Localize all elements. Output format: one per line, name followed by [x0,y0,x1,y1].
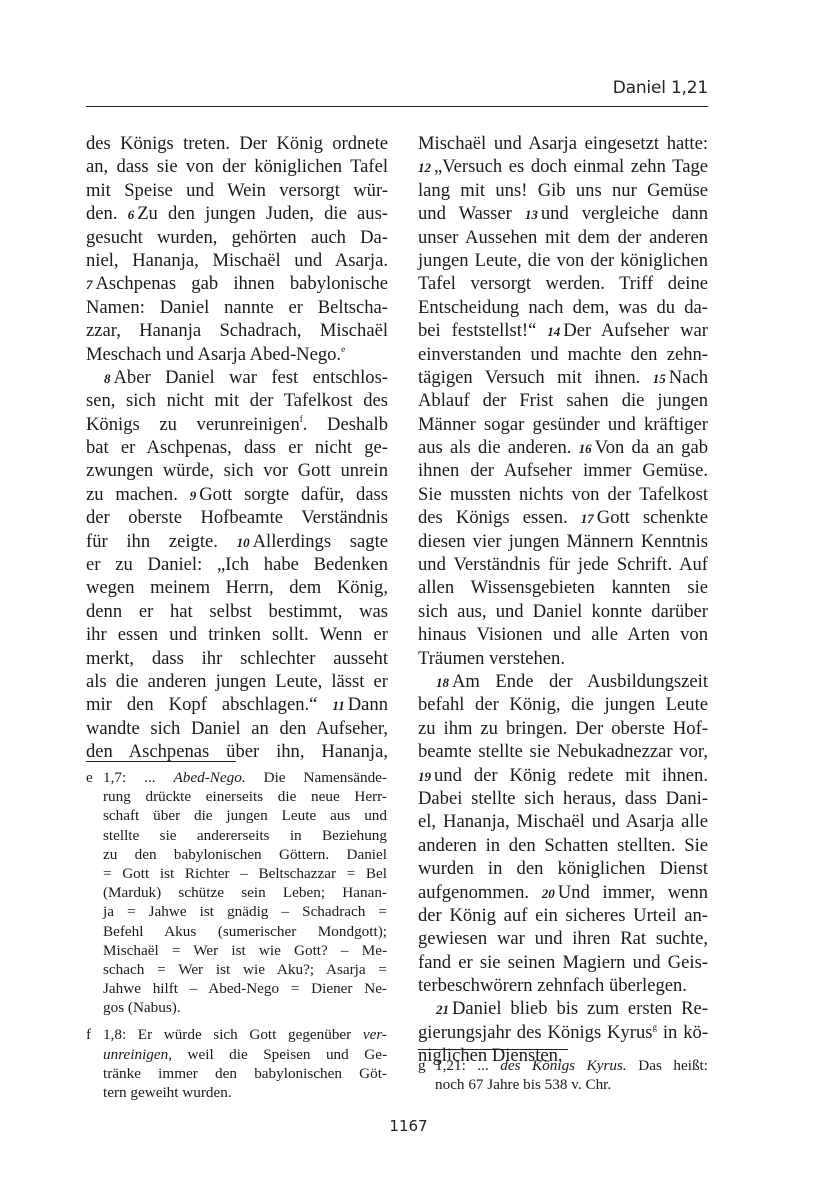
footnote-line: Befehl Akus (sumerischer Mondgott); [86,922,387,941]
verse-number: 6 [128,207,135,222]
text-line: sen, sich nicht mit der Tafelkost des [86,389,388,412]
footnote-line: schach = Wer ist wie Aku?; Asarja = [86,960,387,979]
text-line: Mischaël und Asarja eingesetzt hatte: [418,132,708,155]
line-text: jungen Leute, die von der königlichen [418,250,708,271]
footnote-text: zu den babylonischen Göttern. Daniel [103,846,387,863]
line-text: bat er Aschpenas, dass er nicht ge- [86,437,388,458]
text-line: den. 6Zu den jungen Juden, die aus- [86,202,388,225]
verse-number: 10 [237,535,250,550]
text-line: des Königs treten. Der König ordnete [86,132,388,155]
line-text: Tafel versorgt werden. Triff deine [418,273,708,294]
text-line: Königs zu verunreinigenf. Deshalb [86,413,388,436]
verse-number: 16 [579,441,592,456]
footnote-line: unreinigen, weil die Speisen und Ge- [86,1045,387,1064]
line-text: merkt, dass ihr schlechter ausseht [86,648,388,669]
verse-number: 9 [190,488,197,503]
footnote-line: Mischaël = Wer ist wie Gott? – Me- [86,941,387,960]
text-line: des Königs essen. 17Gott schenkte [418,506,708,529]
line-text-after: Aber Daniel war fest entschlos- [114,367,389,388]
line-text-after: Daniel blieb bis zum ersten Re- [452,998,708,1019]
footnote-text: Befehl Akus (sumerischer Mondgott); [103,923,387,940]
line-text: anderen in den Schatten stellten. Sie [418,835,708,856]
footnote-marker: e [341,344,345,354]
running-head: Daniel 1,21 [613,78,708,98]
text-line: aus als die anderen. 16Von da an gab [418,436,708,459]
page-number: 1167 [0,1117,817,1135]
footnote-line: (Marduk) schütze sein Leben; Hanan- [86,883,387,902]
verse-number: 15 [653,371,666,386]
text-line: für ihn zeigte. 10Allerdings sagte [86,530,388,553]
footnote-italic: Abed-Nego. [174,769,246,786]
line-text: gierungsjahr des Königs Kyrus [418,1022,653,1043]
text-line: befahl der König, die jungen Leute [418,693,708,716]
text-line: Entscheidung nach dem, was du da- [418,296,708,319]
footnote-text-after: Das heißt: [627,1057,708,1074]
line-text: zu machen. [86,484,190,505]
footnote-line: noch 67 Jahre bis 538 v. Chr. [418,1075,708,1094]
text-line: Sie mussten nichts von der Tafelkost [418,483,708,506]
footnote-text: stellte sie andererseits in Beziehung [103,827,387,844]
footnotes-right: g1,21: ... des Königs Kyrus. Das heißt:n… [418,1056,708,1102]
line-text: Königs zu verunreinigen [86,414,300,435]
text-line: zu ihm zu bringen. Der oberste Hof- [418,717,708,740]
line-text: sen, sich nicht mit der Tafelkost des [86,390,388,411]
line-text: lang mit uns! Gib uns nur Gemüse [418,180,708,201]
line-text-after: Dann [348,694,388,715]
footnote-line: = Gott ist Richter – Beltschazzar = Bel [86,864,387,883]
verse-number: 17 [581,511,594,526]
text-line: fand er sie seinen Magiern und Geis- [418,951,708,974]
footnote-text: noch 67 Jahre bis 538 v. Chr. [435,1076,611,1093]
footnote: f1,8: Er würde sich Gott gegenüber ver-u… [86,1025,387,1102]
text-line: der oberste Hofbeamte Verständnis [86,506,388,529]
footnote-text: tränke immer den babylonischen Göt- [103,1065,387,1082]
text-line: terbeschwörern zehnfach überlegen. [418,974,708,997]
text-line: und Verständnis für jede Schrift. Auf [418,553,708,576]
text-line: bat er Aschpenas, dass er nicht ge- [86,436,388,459]
line-text: aufgenommen. [418,882,542,903]
line-text: zzar, Hananja Schadrach, Mischaël [86,320,388,341]
line-text: gesucht wurden, gehörten auch Da- [86,227,388,248]
text-line: er zu Daniel: „Ich habe Bedenken [86,553,388,576]
text-line: anderen in den Schatten stellten. Sie [418,834,708,857]
text-line: hinaus Visionen und alle Arten von [418,623,708,646]
line-text: den Aschpenas über ihn, Hananja, [86,741,388,762]
line-text: der König auf ein sicheres Urteil an- [418,905,708,926]
line-text: des Königs treten. Der König ordnete [86,133,388,154]
text-line: wurden in den königlichen Dienst [418,857,708,880]
text-line: tägigen Versuch mit ihnen. 15Nach [418,366,708,389]
footnote-text: tern geweiht wurden. [103,1084,232,1101]
footnote-text: 1,7: ... [103,769,174,786]
line-text: Meschach und Asarja Abed-Nego. [86,344,341,365]
footnote-text: schaft über die jungen Leute aus und [103,807,387,824]
line-text: diesen vier jungen Männern Kenntnis [418,531,708,552]
text-line: 12„Versuch es doch einmal zehn Tage [418,155,708,178]
verse-number: 19 [418,769,431,784]
line-text-after: in kö- [657,1022,708,1043]
verse-number: 12 [418,160,431,175]
verse-number: 20 [542,886,555,901]
line-text: als die anderen jungen Leute, lässt er [86,671,388,692]
footnote-text-after: , weil die Speisen und Ge- [168,1046,387,1063]
text-line: an, dass sie von der königlichen Tafel [86,155,388,178]
line-text: beamte stellte sie Nebukadnezzar vor, [418,741,708,762]
text-line: sich aus, und Daniel konnte darüber [418,600,708,623]
line-text: gewiesen war und ihren Rat suchte, [418,928,708,949]
line-text: zwungen würde, sich vor Gott unrein [86,460,388,481]
line-text-after: Der Aufseher war [563,320,708,341]
text-line: einverstanden und machte den zehn- [418,343,708,366]
footnote-text: 1,8: Er würde sich Gott gegenüber [103,1026,363,1043]
text-line: 19und der König redete mit ihnen. [418,764,708,787]
line-text-after: Aschpenas gab ihnen babylonische [96,273,389,294]
footnote-letter: e [86,768,93,787]
line-text: bei feststellst!“ [418,320,547,341]
verse-number: 13 [525,207,538,222]
line-text-after: und vergleiche dann [541,203,708,224]
verse-number: 21 [436,1002,449,1017]
footnote-text: schach = Wer ist wie Aku?; Asarja = [103,961,387,978]
text-line: aufgenommen. 20Und immer, wenn [418,881,708,904]
footnote-line: ja = Jahwe ist gnädig – Schadrach = [86,902,387,921]
line-text: der oberste Hofbeamte Verständnis [86,507,388,528]
text-line: Namen: Daniel nannte er Beltscha- [86,296,388,319]
text-line: wegen meinem Herrn, dem König, [86,576,388,599]
line-text: und Verständnis für jede Schrift. Auf [418,554,708,575]
text-line: el, Hananja, Mischaël und Asarja alle [418,810,708,833]
text-line: zu machen. 9Gott sorgte dafür, dass [86,483,388,506]
line-text: Entscheidung nach dem, was du da- [418,297,708,318]
line-text: befahl der König, die jungen Leute [418,694,708,715]
footnote-line: zu den babylonischen Göttern. Daniel [86,845,387,864]
footnote-text: gos (Nabus). [103,999,181,1016]
text-line: ihr essen und trinken sollt. Wenn er [86,623,388,646]
line-text: den. [86,203,128,224]
line-text: Sie mussten nichts von der Tafelkost [418,484,708,505]
line-text: aus als die anderen. [418,437,579,458]
text-line: 21Daniel blieb bis zum ersten Re- [418,997,708,1020]
text-line: mit Speise und Wein versorgt wür- [86,179,388,202]
line-text-after: Gott sorgte dafür, dass [199,484,388,505]
line-text: allen Wissensgebieten kannten sie [418,577,708,598]
line-text-after: „Versuch es doch einmal zehn Tage [434,156,708,177]
text-line: als die anderen jungen Leute, lässt er [86,670,388,693]
line-text: für ihn zeigte. [86,531,237,552]
footnote-line: schaft über die jungen Leute aus und [86,806,387,825]
line-text: unser Aussehen mit dem der anderen [418,227,708,248]
line-text-after: und der König redete mit ihnen. [434,765,708,786]
text-line: niel, Hananja, Mischaël und Asarja. [86,249,388,272]
line-text: mit Speise und Wein versorgt wür- [86,180,388,201]
footnote: e1,7: ... Abed-Nego. Die Namensände-rung… [86,768,387,1017]
line-text-after: Und immer, wenn [558,882,708,903]
line-text: zu ihm zu bringen. Der oberste Hof- [418,718,708,739]
footnote-text: Jahwe hilft – Abed-Nego = Diener Ne- [103,980,387,997]
text-line: zzar, Hananja Schadrach, Mischaël [86,319,388,342]
line-text: denn er hat selbst bestimmt, was [86,601,388,622]
text-line: denn er hat selbst bestimmt, was [86,600,388,623]
verse-number: 7 [86,277,93,292]
footnote-rule-right [418,1049,568,1050]
line-text: Mischaël und Asarja eingesetzt hatte: [418,133,708,154]
line-text: niel, Hananja, Mischaël und Asarja. [86,250,388,271]
text-line: ihnen der Aufseher immer Gemüse. [418,459,708,482]
verse-number: 11 [332,698,344,713]
line-text: terbeschwörern zehnfach überlegen. [418,975,687,996]
text-line: zwungen würde, sich vor Gott unrein [86,459,388,482]
line-text: ihr essen und trinken sollt. Wenn er [86,624,388,645]
text-line: Dabei stellte sich heraus, dass Dani- [418,787,708,810]
footnote: g1,21: ... des Königs Kyrus. Das heißt:n… [418,1056,708,1094]
line-text: Namen: Daniel nannte er Beltscha- [86,297,388,318]
footnote-line: stellte sie andererseits in Beziehung [86,826,387,845]
line-text-after: Allerdings sagte [253,531,388,552]
line-text-after: Von da an gab [595,437,708,458]
text-line: merkt, dass ihr schlechter ausseht [86,647,388,670]
text-line: lang mit uns! Gib uns nur Gemüse [418,179,708,202]
footnote-line: tränke immer den babylonischen Göt- [86,1064,387,1083]
footnote-rule-left [86,761,236,762]
footnote-italic: des Königs Kyrus. [500,1057,626,1074]
line-text-after: Zu den jungen Juden, die aus- [137,203,388,224]
line-text: Männer sogar gesünder und kräftiger [418,414,708,435]
text-line: bei feststellst!“ 14Der Aufseher war [418,319,708,342]
line-text-after: Am Ende der Ausbildungszeit [452,671,708,692]
line-text: hinaus Visionen und alle Arten von [418,624,708,645]
line-text: einverstanden und machte den zehn- [418,344,708,365]
line-text: des Königs essen. [418,507,581,528]
header-rule [86,106,708,107]
line-text-after: . Deshalb [303,414,388,435]
text-line: 7Aschpenas gab ihnen babylonische [86,272,388,295]
verse-number: 14 [547,324,560,339]
footnote-line: 1,8: Er würde sich Gott gegenüber ver- [86,1025,387,1044]
text-line: gewiesen war und ihren Rat suchte, [418,927,708,950]
footnote-letter: f [86,1025,91,1044]
footnote-text: Mischaël = Wer ist wie Gott? – Me- [103,942,387,959]
footnote-italic: ver- [363,1026,387,1043]
footnotes-left: e1,7: ... Abed-Nego. Die Namensände-rung… [86,768,387,1110]
footnote-line: 1,21: ... des Königs Kyrus. Das heißt: [418,1056,708,1075]
line-text: wurden in den königlichen Dienst [418,858,708,879]
verse-number: 8 [104,371,111,386]
text-line: wandte sich Daniel an den Aufseher, [86,717,388,740]
text-line: Träumen verstehen. [418,647,708,670]
text-line: Männer sogar gesünder und kräftiger [418,413,708,436]
footnote-text: (Marduk) schütze sein Leben; Hanan- [103,884,387,901]
footnote-text: rung drückte einerseits die neue Herr- [103,788,387,805]
line-text-after: Gott schenkte [597,507,708,528]
line-text: Träumen verstehen. [418,648,565,669]
footnote-line: 1,7: ... Abed-Nego. Die Namensände- [86,768,387,787]
text-line: 18Am Ende der Ausbildungszeit [418,670,708,693]
line-text: er zu Daniel: „Ich habe Bedenken [86,554,388,575]
text-line: und Wasser 13und vergleiche dann [418,202,708,225]
text-line: gierungsjahr des Königs Kyrusg in kö- [418,1021,708,1044]
text-line: gesucht wurden, gehörten auch Da- [86,226,388,249]
line-text: el, Hananja, Mischaël und Asarja alle [418,811,708,832]
line-text: mir den Kopf abschlagen.“ [86,694,332,715]
line-text: Ablauf der Frist sahen die jungen [418,390,708,411]
line-text: wandte sich Daniel an den Aufseher, [86,718,388,739]
footnote-letter: g [418,1056,426,1075]
text-line: Meschach und Asarja Abed-Nego.e [86,343,388,366]
text-line: unser Aussehen mit dem der anderen [418,226,708,249]
line-text: sich aus, und Daniel konnte darüber [418,601,708,622]
text-line: Tafel versorgt werden. Triff deine [418,272,708,295]
text-line: beamte stellte sie Nebukadnezzar vor, [418,740,708,763]
right-column: Mischaël und Asarja eingesetzt hatte:12„… [418,132,708,1068]
line-text: wegen meinem Herrn, dem König, [86,577,388,598]
line-text: und Wasser [418,203,525,224]
line-text: an, dass sie von der königlichen Tafel [86,156,388,177]
text-line: mir den Kopf abschlagen.“ 11Dann [86,693,388,716]
line-text: tägigen Versuch mit ihnen. [418,367,653,388]
footnote-text-after: Die Namensände- [246,769,387,786]
text-line: Ablauf der Frist sahen die jungen [418,389,708,412]
footnote-line: gos (Nabus). [86,998,387,1017]
text-line: 8Aber Daniel war fest entschlos- [86,366,388,389]
line-text: Dabei stellte sich heraus, dass Dani- [418,788,708,809]
footnote-text: ja = Jahwe ist gnädig – Schadrach = [103,903,387,920]
footnote-line: Jahwe hilft – Abed-Nego = Diener Ne- [86,979,387,998]
footnote-text: = Gott ist Richter – Beltschazzar = Bel [103,865,387,882]
footnote-italic: unreinigen [103,1046,168,1063]
left-column: des Königs treten. Der König ordnetean, … [86,132,388,764]
footnote-line: rung drückte einerseits die neue Herr- [86,787,387,806]
text-line: der König auf ein sicheres Urteil an- [418,904,708,927]
line-text: fand er sie seinen Magiern und Geis- [418,952,708,973]
text-line: diesen vier jungen Männern Kenntnis [418,530,708,553]
text-line: jungen Leute, die von der königlichen [418,249,708,272]
line-text-after: Nach [669,367,708,388]
footnote-line: tern geweiht wurden. [86,1083,387,1102]
line-text: ihnen der Aufseher immer Gemüse. [418,460,708,481]
verse-number: 18 [436,675,449,690]
footnote-text: 1,21: ... [435,1057,500,1074]
text-line: allen Wissensgebieten kannten sie [418,576,708,599]
